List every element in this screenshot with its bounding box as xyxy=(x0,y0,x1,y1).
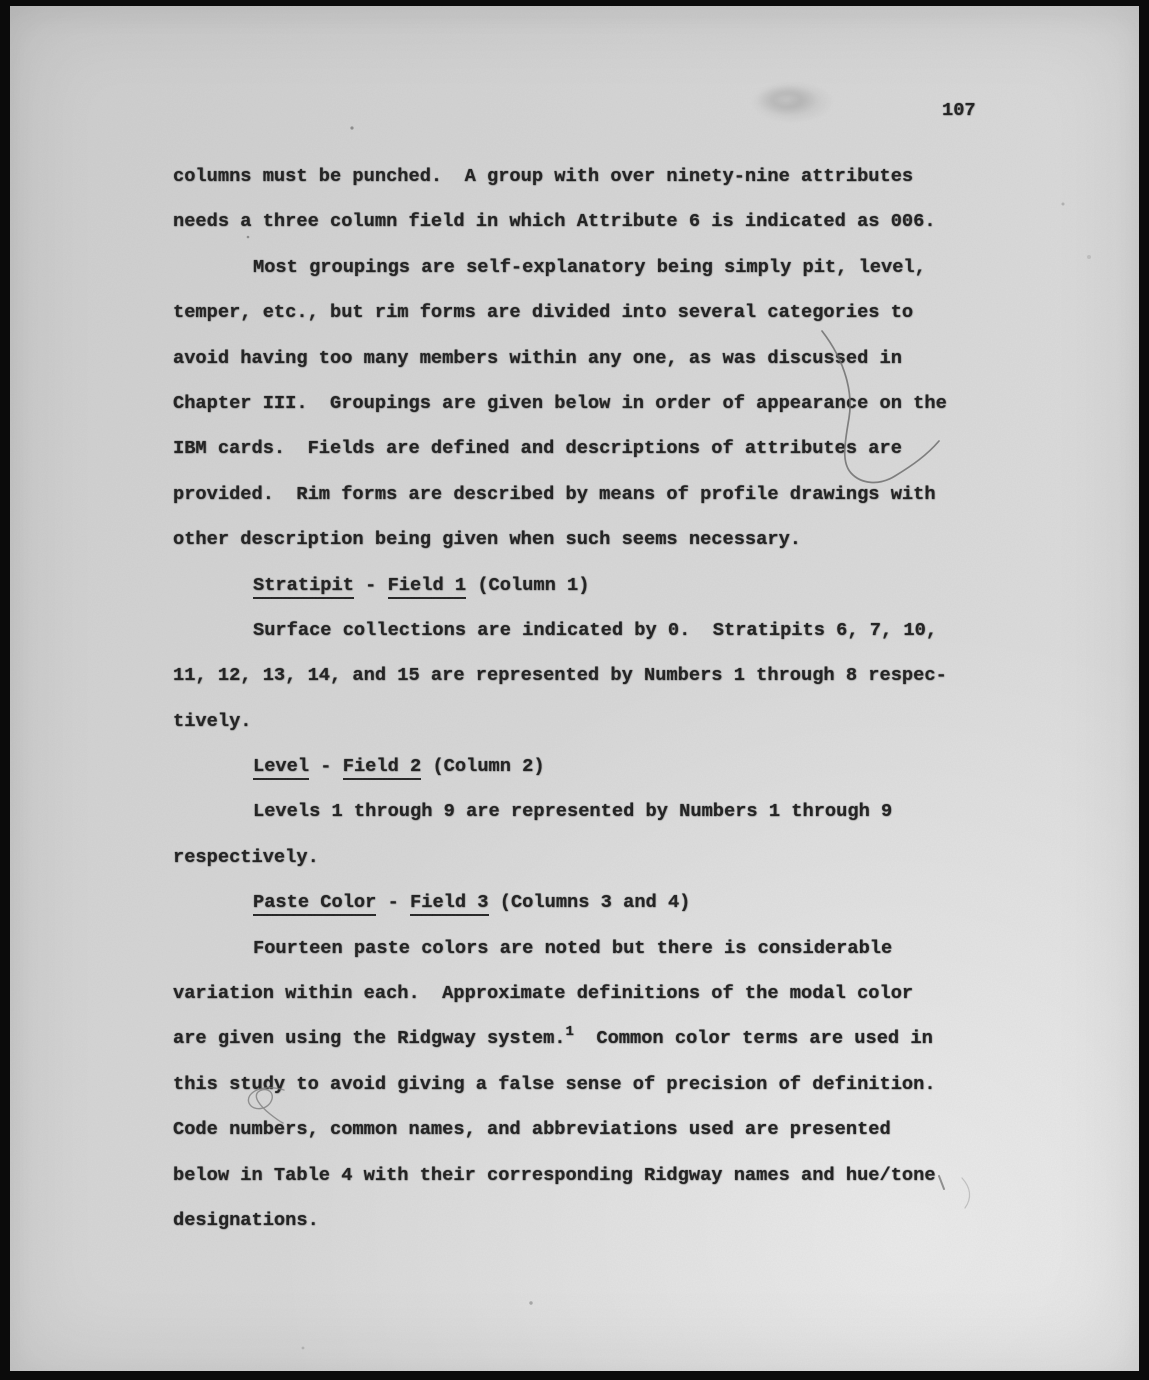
heading-term: Stratipit xyxy=(253,574,354,599)
body-line: Fourteen paste colors are noted but ther… xyxy=(173,926,947,971)
body-line: Surface collections are indicated by 0. … xyxy=(173,608,947,653)
ink-smudge xyxy=(750,78,835,126)
body-line: Chapter III. Groupings are given below i… xyxy=(173,381,947,426)
body-line: Code numbers, common names, and abbrevia… xyxy=(173,1107,947,1152)
body-line: temper, etc., but rim forms are divided … xyxy=(173,290,947,335)
heading-rest: (Column 2) xyxy=(421,755,544,777)
section-heading-paste-color: Paste Color - Field 3 (Columns 3 and 4) xyxy=(173,880,947,925)
paper-sheet: 107 columns must be punched. A group wit… xyxy=(10,6,1139,1371)
body-text: are given using the Ridgway system. xyxy=(173,1027,566,1049)
body-line: columns must be punched. A group with ov… xyxy=(173,154,947,199)
page-number: 107 xyxy=(942,100,976,121)
typewritten-text-block: columns must be punched. A group with ov… xyxy=(173,154,947,1243)
body-line: IBM cards. Fields are defined and descri… xyxy=(173,426,947,471)
heading-separator: - xyxy=(309,755,343,777)
body-line: designations. xyxy=(173,1198,947,1243)
section-heading-stratipit: Stratipit - Field 1 (Column 1) xyxy=(173,563,947,608)
body-line: 11, 12, 13, 14, and 15 are represented b… xyxy=(173,653,947,698)
body-line: provided. Rim forms are described by mea… xyxy=(173,472,947,517)
heading-separator: - xyxy=(376,891,410,913)
body-line: this study to avoid giving a false sense… xyxy=(173,1062,947,1107)
heading-rest: (Columns 3 and 4) xyxy=(489,891,691,913)
heading-separator: - xyxy=(354,574,388,596)
scanned-document-page: { "page_number": "107", "colors": { "ink… xyxy=(0,0,1149,1380)
heading-field: Field 3 xyxy=(410,891,489,916)
body-line-with-footnote: are given using the Ridgway system.1 Com… xyxy=(173,1016,947,1061)
body-line: needs a three column field in which Attr… xyxy=(173,199,947,244)
heading-rest: (Column 1) xyxy=(466,574,589,596)
body-line: other description being given when such … xyxy=(173,517,947,562)
body-line: Levels 1 through 9 are represented by Nu… xyxy=(173,789,947,834)
heading-field: Field 1 xyxy=(388,574,467,599)
section-heading-level: Level - Field 2 (Column 2) xyxy=(173,744,947,789)
heading-field: Field 2 xyxy=(343,755,422,780)
body-line: variation within each. Approximate defin… xyxy=(173,971,947,1016)
footnote-marker: 1 xyxy=(566,1010,574,1055)
body-line: Most groupings are self-explanatory bein… xyxy=(173,245,947,290)
heading-term: Level xyxy=(253,755,309,780)
body-line: avoid having too many members within any… xyxy=(173,336,947,381)
heading-term: Paste Color xyxy=(253,891,376,916)
body-text: Common color terms are used in xyxy=(574,1027,933,1049)
body-line: below in Table 4 with their correspondin… xyxy=(173,1153,947,1198)
body-line: respectively. xyxy=(173,835,947,880)
body-line: tively. xyxy=(173,699,947,744)
